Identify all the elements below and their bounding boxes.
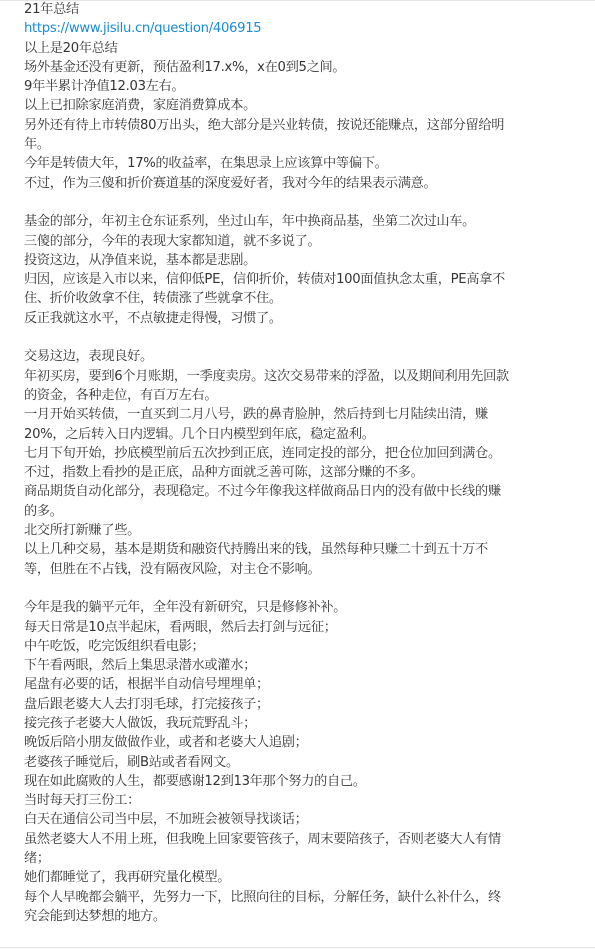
text-line: 的多。 (24, 502, 544, 521)
paragraph-gap (24, 193, 544, 212)
text-line: 今年是我的躺平元年，全年没有新研究，只是修修补补。 (24, 598, 544, 617)
text-line: 现在如此腐败的人生，都要感谢12到13年那个努力的自己。 (24, 772, 544, 791)
text-line: 交易这边，表现良好。 (24, 347, 544, 366)
text-line: 住、折价收敛拿不住，转债涨了些就拿不住。 (24, 289, 544, 308)
text-line: 晚饭后陪小朋友做做作业，或者和老婆大人追剧； (24, 733, 544, 752)
text-line: 中午吃饭，吃完饭组织看电影； (24, 637, 544, 656)
text-line: 老婆孩子睡觉后，刷B站或者看网文。 (24, 753, 544, 772)
text-line: 盘后跟老婆大人去打羽毛球，打完接孩子； (24, 695, 544, 714)
paragraph-gap (24, 579, 544, 598)
text-line: 以上几种交易，基本是期货和融资代持腾出来的钱，虽然每种只赚二十到五十万不 (24, 540, 544, 559)
text-line: 等，但胜在不占钱，没有隔夜风险，对主仓不影响。 (24, 560, 544, 579)
previous-summary-link[interactable]: https://www.jisilu.cn/question/406915 (24, 21, 261, 36)
text-line: 北交所打新赚了些。 (24, 521, 544, 540)
text-line: 以上已扣除家庭消费，家庭消费算成本。 (24, 96, 544, 115)
text-line: 白天在通信公司当中层，不加班会被领导找谈话； (24, 810, 544, 829)
post-body: 21年总结 https://www.jisilu.cn/question/406… (24, 0, 544, 926)
text-line: 的资金，各种走位，有百万左右。 (24, 386, 544, 405)
text-line: 商品期货自动化部分，表现稳定。不过今年像我这样做商品日内的没有做中长线的赚 (24, 482, 544, 501)
text-line: 尾盘有必要的话，根据半自动信号埋埋单； (24, 675, 544, 694)
text-line: 另外还有待上市转债80万出头，绝大部分是兴业转债，按说还能赚点，这部分留给明 (24, 116, 544, 135)
section-summary: 以上是20年总结 场外基金还没有更新，预估盈利17.x%，x在0到5之间。 9年… (24, 39, 544, 193)
text-line: 年初买房，要到6个月账期，一季度卖房。这次交易带来的浮盈，以及期间利用先回款 (24, 367, 544, 386)
text-line: 年。 (24, 135, 544, 154)
text-line: 绪； (24, 849, 544, 868)
text-line: 以上是20年总结 (24, 39, 544, 58)
text-line: 当时每天打三份工： (24, 791, 544, 810)
text-line: 每个人早晚都会躺平，先努力一下，比照向往的目标，分解任务，缺什么补什么，终 (24, 888, 544, 907)
text-line: 究会能到达梦想的地方。 (24, 907, 544, 926)
text-line: 下午看两眼，然后上集思录潜水或灌水； (24, 656, 544, 675)
post-title: 21年总结 (24, 0, 544, 19)
text-line: 不过，指数上看抄的是正底，品种方面就乏善可陈，这部分赚的不多。 (24, 463, 544, 482)
text-line: 20%，之后转入日内逻辑。几个日内模型到年底，稳定盈利。 (24, 425, 544, 444)
text-line: 一月开始买转债，一直买到二月八号，跌的鼻青脸肿，然后持到七月陆续出清，赚 (24, 405, 544, 424)
section-funds: 基金的部分，年初主仓东证系列，坐过山车，年中换商品基，坐第二次过山车。 三傻的部… (24, 212, 544, 328)
text-line: 归因，应该是入市以来，信仰低PE，信仰折价，转债对100面值执念太重，PE高拿不 (24, 270, 544, 289)
text-line: 今年是转债大年，17%的收益率，在集思录上应该算中等偏下。 (24, 154, 544, 173)
text-line: 9年半累计净值12.03左右。 (24, 77, 544, 96)
text-line: 投资这边，从净值来说，基本都是悲剧。 (24, 251, 544, 270)
text-line: 七月下旬开始，抄底模型前后五次抄到正底，连同定投的部分，把仓位加回到满仓。 (24, 444, 544, 463)
text-line: 接完孩子老婆大人做饭，我玩荒野乱斗； (24, 714, 544, 733)
bottom-border (0, 947, 595, 948)
text-line: 虽然老婆大人不用上班，但我晚上回家要管孩子，周末要陪孩子，否则老婆大人有情 (24, 830, 544, 849)
text-line: 她们都睡觉了，我再研究量化模型。 (24, 868, 544, 887)
text-line: 场外基金还没有更新，预估盈利17.x%，x在0到5之间。 (24, 58, 544, 77)
text-line: 基金的部分，年初主仓东证系列，坐过山车，年中换商品基，坐第二次过山车。 (24, 212, 544, 231)
text-line: 每天日常是10点半起床，看两眼，然后去打剑与远征； (24, 618, 544, 637)
section-trading: 交易这边，表现良好。 年初买房，要到6个月账期，一季度卖房。这次交易带来的浮盈，… (24, 347, 544, 579)
text-line: 反正我就这水平，不点敏捷走得慢，习惯了。 (24, 309, 544, 328)
paragraph-gap (24, 328, 544, 347)
text-line: 三傻的部分，今年的表现大家都知道，就不多说了。 (24, 232, 544, 251)
section-lifestyle: 今年是我的躺平元年，全年没有新研究，只是修修补补。 每天日常是10点半起床，看两… (24, 598, 544, 926)
text-line: 不过，作为三傻和折价赛道基的深度爱好者，我对今年的结果表示满意。 (24, 174, 544, 193)
